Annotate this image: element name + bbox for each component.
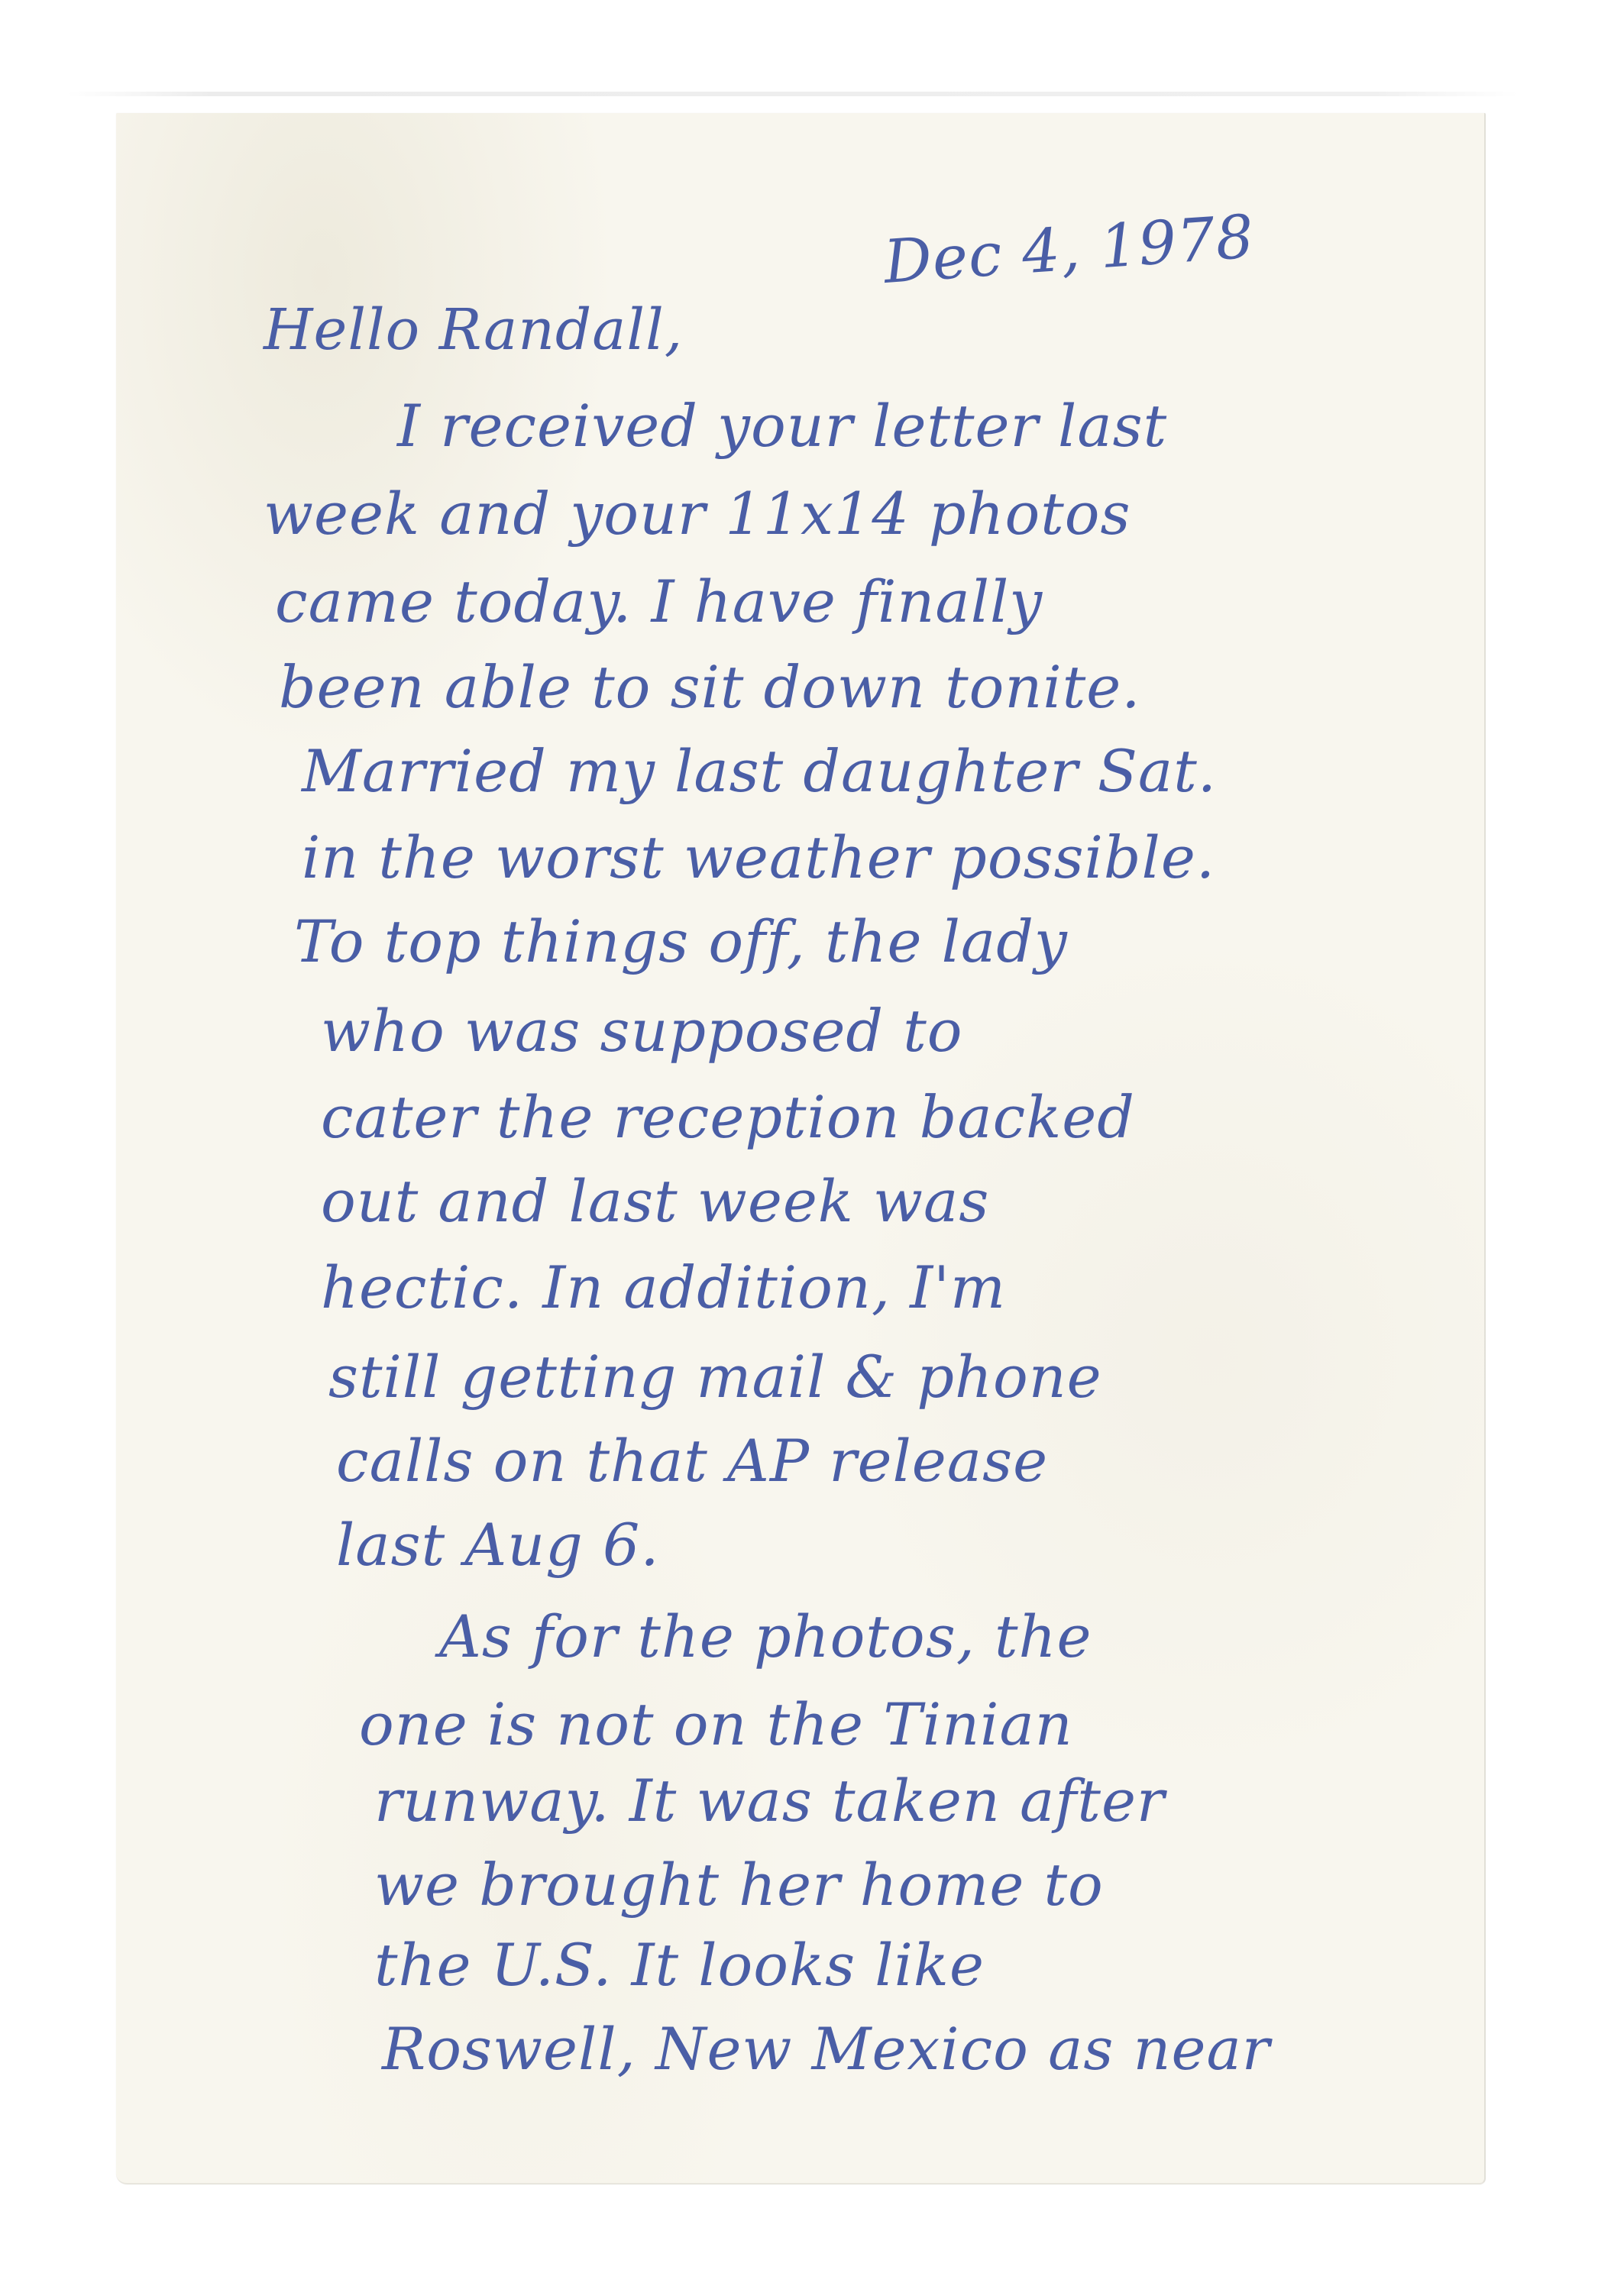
- letter-line: runway. It was taken after: [374, 1772, 1165, 1830]
- page-top-edge-shadow: [67, 92, 1519, 96]
- letter-line: we brought her home to: [374, 1856, 1104, 1914]
- letter-line: in the worst weather possible.: [302, 829, 1215, 887]
- letter-line: Roswell, New Mexico as near: [382, 2020, 1270, 2078]
- letter-line: cater the reception backed: [321, 1088, 1135, 1146]
- letter-line: hectic. In addition, I'm: [321, 1259, 1006, 1317]
- letter-line: calls on that AP release: [336, 1432, 1048, 1490]
- letter-line: out and last week was: [321, 1172, 989, 1230]
- letter-salutation: Hello Randall,: [264, 302, 683, 358]
- letter-line: week and your 11x14 photos: [264, 485, 1131, 543]
- letter-line: still getting mail & phone: [328, 1348, 1102, 1406]
- letter-line: last Aug 6.: [336, 1516, 659, 1574]
- letter-line: To top things off, the lady: [294, 913, 1068, 971]
- letter-line: who was supposed to: [321, 1002, 963, 1060]
- letter-line: one is not on the Tinian: [359, 1696, 1073, 1754]
- letter-line: been able to sit down tonite.: [279, 658, 1140, 716]
- letter-line: the U.S. It looks like: [374, 1936, 985, 1994]
- letter-line: As for the photos, the: [439, 1608, 1092, 1666]
- letter-line: I received your letter last: [397, 397, 1167, 455]
- letter-line: came today. I have finally: [275, 573, 1043, 631]
- letter-line: Married my last daughter Sat.: [302, 742, 1217, 800]
